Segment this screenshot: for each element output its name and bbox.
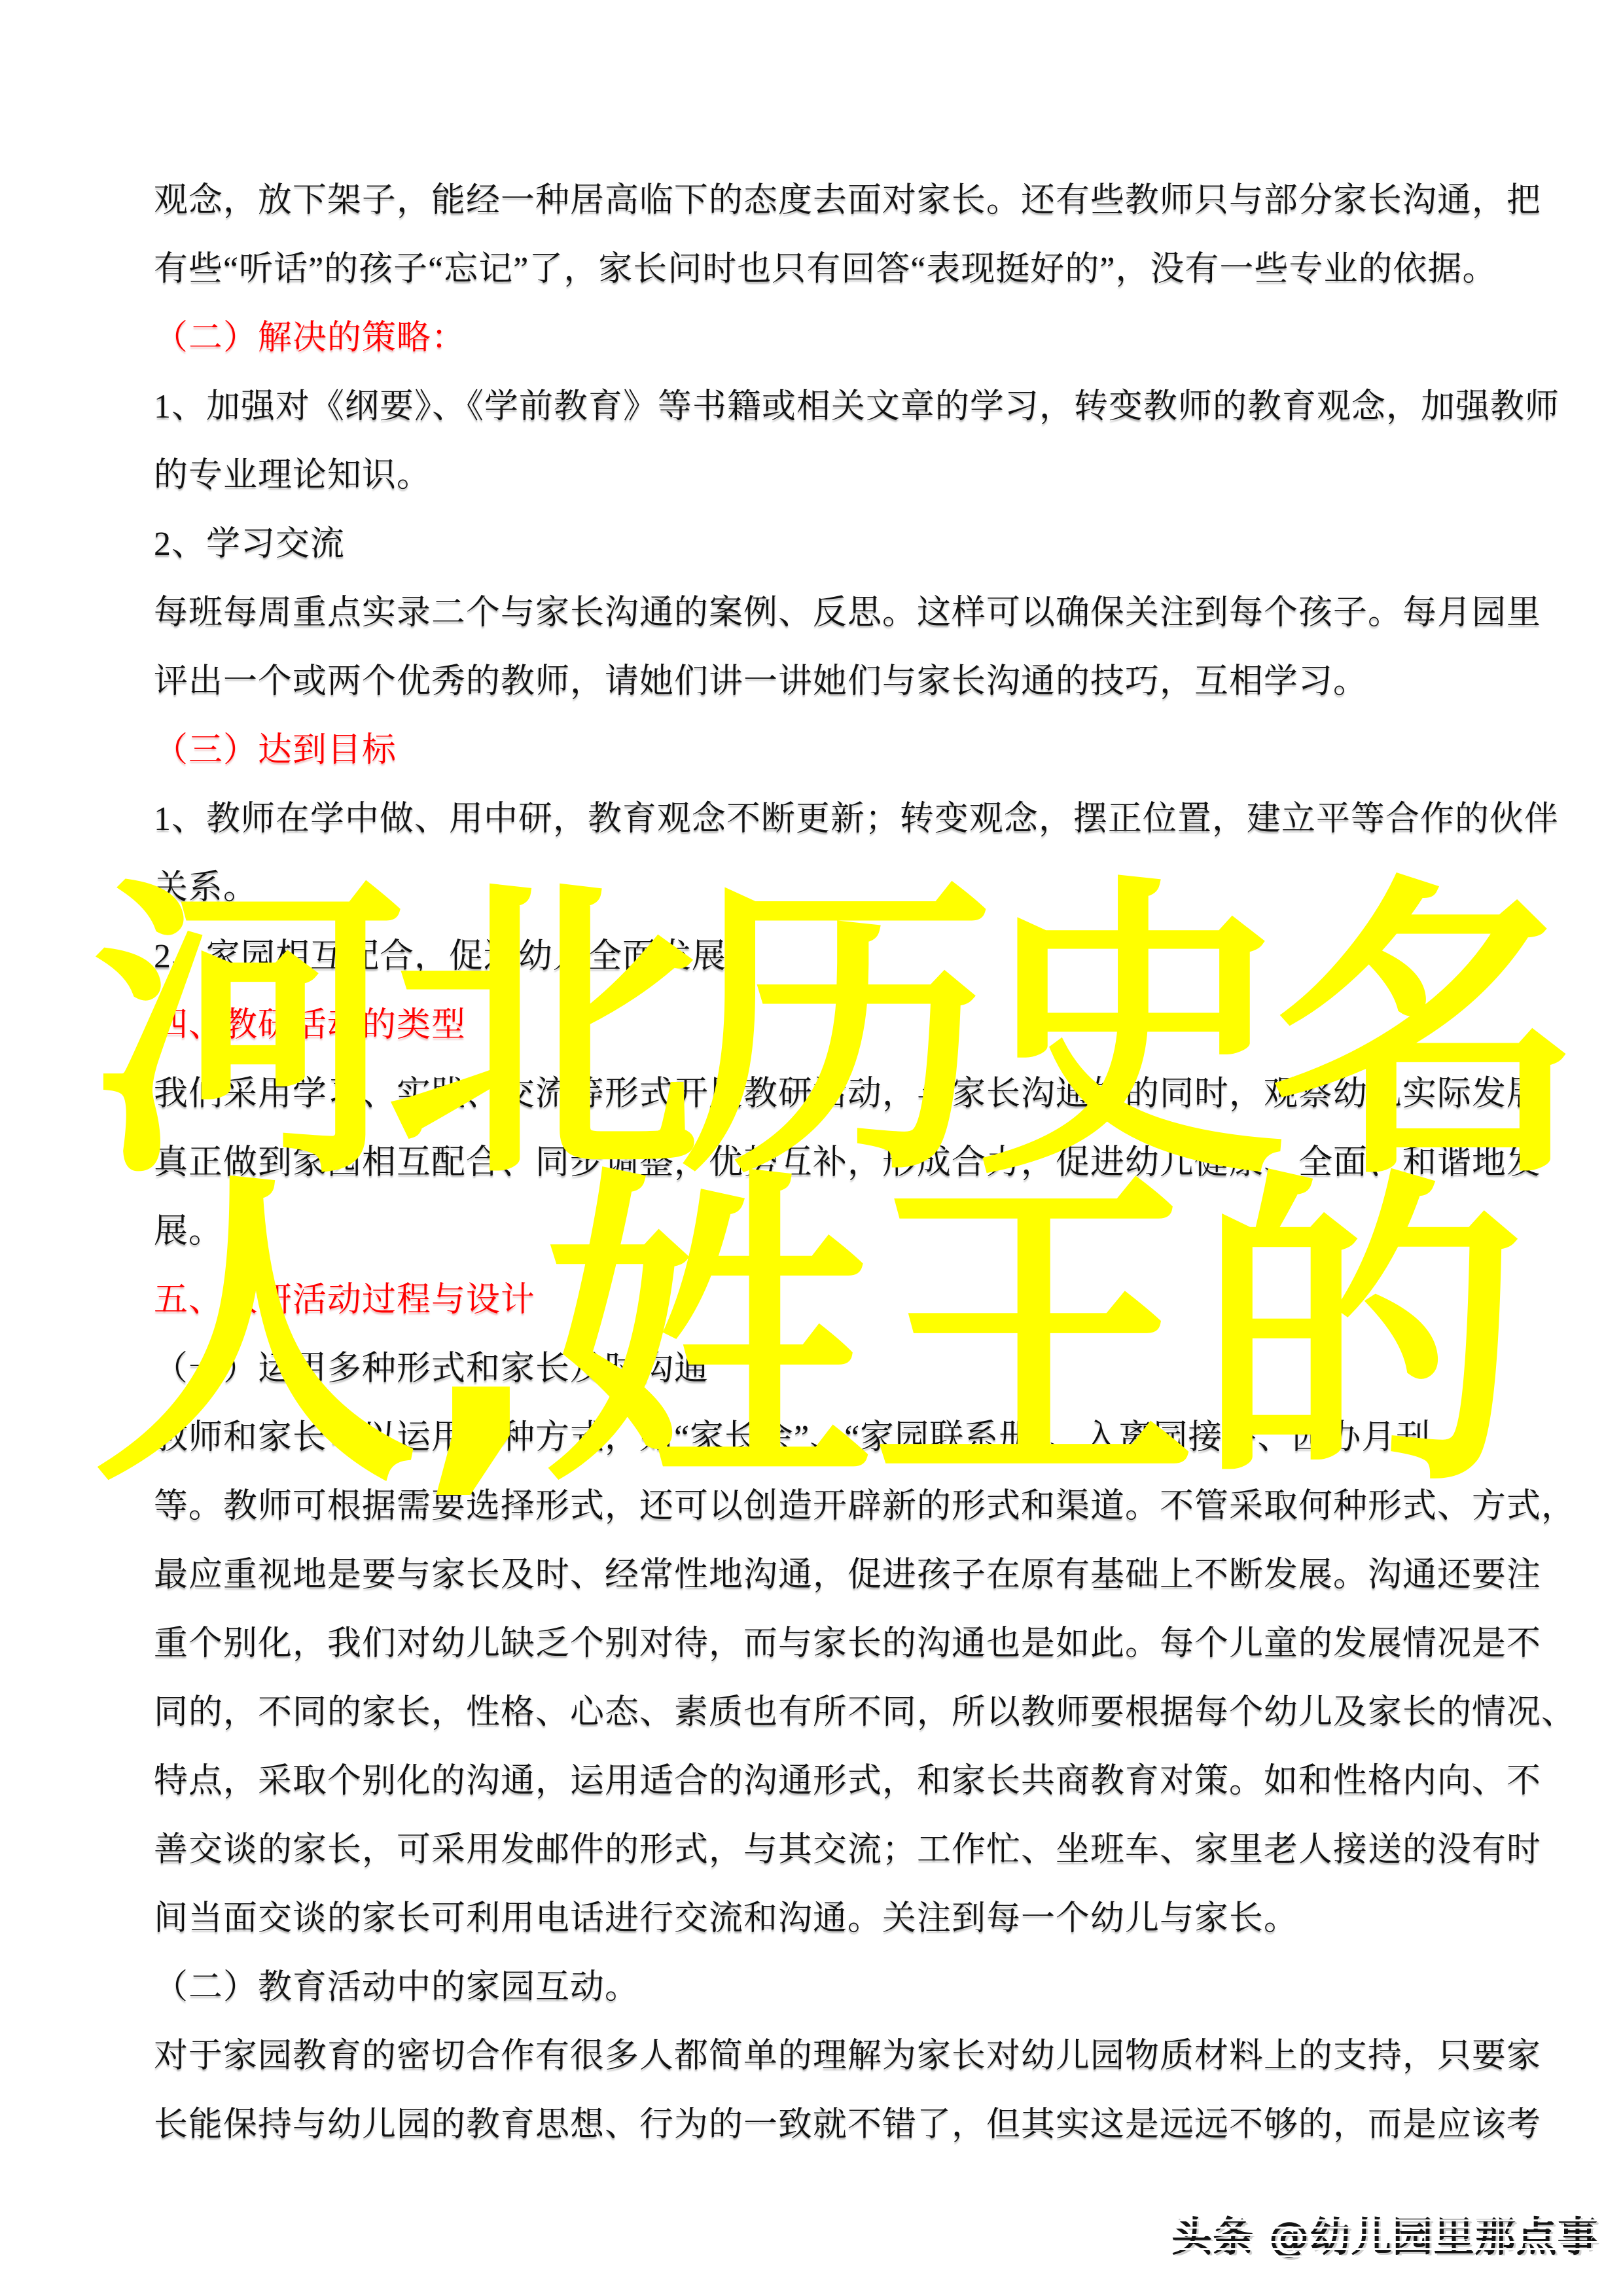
- document-line: 1、教师在学中做、用中研，教育观念不断更新；转变观念，摆正位置，建立平等合作的伙…: [154, 785, 1567, 853]
- document-line: 长能保持与幼儿园的教育思想、行为的一致就不错了，但其实这是远远不够的，而是应该考: [154, 2090, 1567, 2159]
- document-line: 每班每周重点实录二个与家长沟通的案例、反思。这样可以确保关注到每个孩子。每月园里: [154, 579, 1567, 647]
- attribution-watermark: 头条 @幼儿园里那点事: [1171, 2207, 1616, 2267]
- document-line: 同的，不同的家长，性格、心态、素质也有所不同，所以教师要根据每个幼儿及家长的情况…: [154, 1678, 1567, 1747]
- document-line: 重个别化，我们对幼儿缺乏个别对待，而与家长的沟通也是如此。每个儿童的发展情况是不: [154, 1609, 1567, 1678]
- document-line: 特点，采取个别化的沟通，运用适合的沟通形式，和家长共商教育对策。如和性格内向、不: [154, 1747, 1567, 1816]
- document-line: 2、学习交流: [154, 510, 1567, 579]
- document-line: 对于家园教育的密切合作有很多人都简单的理解为家长对幼儿园物质材料上的支持，只要家: [154, 2022, 1567, 2090]
- document-line: 有些“听话”的孩子“忘记”了，家长问时也只有回答“表现挺好的”，没有一些专业的依…: [154, 235, 1567, 304]
- document-line: 1、加强对《纲要》、《学前教育》等书籍或相关文章的学习，转变教师的教育观念，加强…: [154, 372, 1567, 441]
- attribution-text: 头条 @幼儿园里那点事: [1171, 2207, 1599, 2267]
- document-line: 观念，放下架子，能经一种居高临下的态度去面对家长。还有些教师只与部分家长沟通，把: [154, 166, 1567, 235]
- document-line: 的专业理论知识。: [154, 441, 1567, 510]
- document-heading-line: （三）达到目标: [154, 716, 1567, 785]
- document-heading-line: （二）解决的策略：: [154, 304, 1567, 372]
- document-line: （二）教育活动中的家园互动。: [154, 1953, 1567, 2022]
- document-line: 善交谈的家长，可采用发邮件的形式，与其交流；工作忙、坐班车、家里老人接送的没有时: [154, 1816, 1567, 1884]
- document-line: 最应重视地是要与家长及时、经常性地沟通，促进孩子在原有基础上不断发展。沟通还要注: [154, 1541, 1567, 1609]
- watermark-text-line-1: 河北历史名: [92, 877, 1564, 1191]
- document-line: 间当面交谈的家长可利用电话进行交流和沟通。关注到每一个幼儿与家长。: [154, 1884, 1567, 1953]
- document-line: 评出一个或两个优秀的教师，请她们讲一讲她们与家长沟通的技巧，互相学习。: [154, 647, 1567, 716]
- watermark-text-line-2: 人,姓王的: [92, 1172, 1525, 1499]
